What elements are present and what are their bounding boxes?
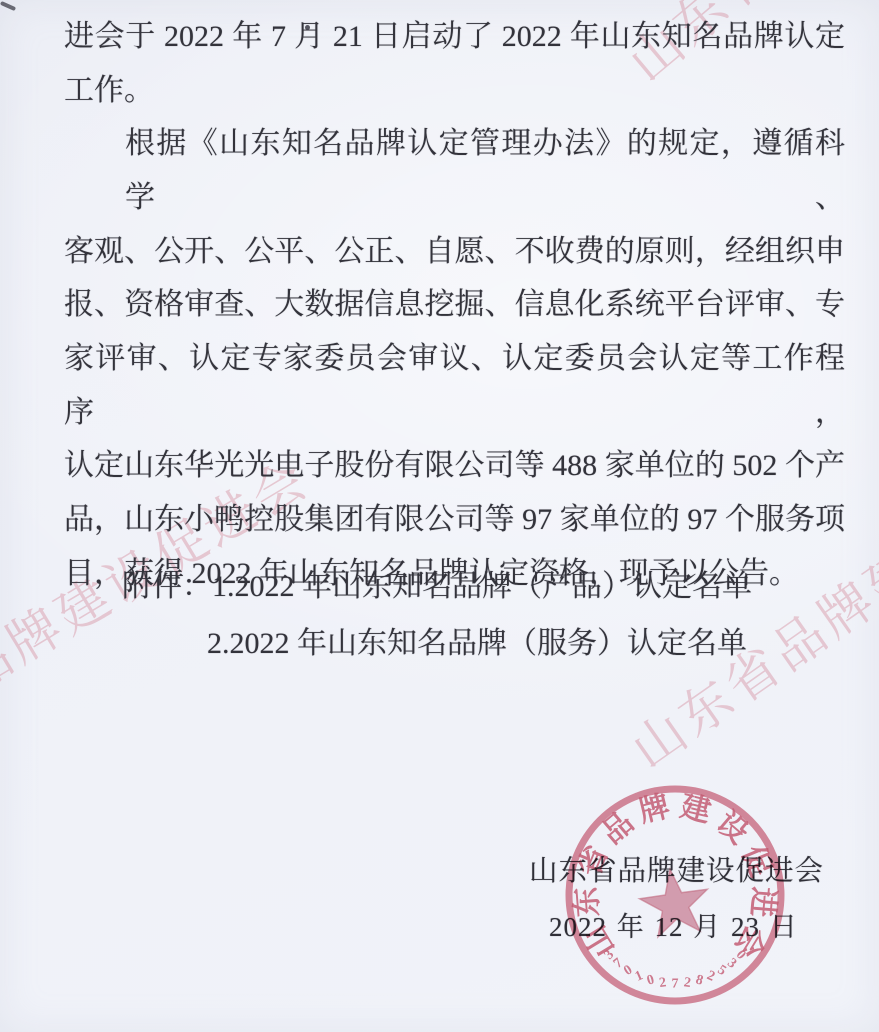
- body-line: 客观、公开、公平、公正、自愿、不收费的原则，经组织申: [64, 225, 845, 279]
- svg-text:8: 8: [694, 972, 705, 988]
- svg-text:1: 1: [633, 968, 645, 985]
- svg-text:2: 2: [658, 975, 667, 991]
- document-page: 山东省品牌建设促进会 山东省品牌建设促进会 山东省品牌建设促进会 进会于 202…: [0, 0, 879, 1032]
- svg-text:进: 进: [745, 886, 780, 918]
- document-body: 进会于 2022 年 7 月 21 日启动了 2022 年山东知名品牌认定工作。…: [64, 10, 845, 600]
- attachment-line-1: 附件：1.2022 年山东知名品牌（产品）认定名单: [122, 561, 752, 605]
- body-line: 家评审、认定专家委员会审议、认定委员会认定等工作程序，: [64, 332, 845, 439]
- body-line: 报、资格审查、大数据信息挖掘、信息化系统平台评审、专: [64, 278, 845, 332]
- body-line: 进会于 2022 年 7 月 21 日启动了 2022 年山东知名品牌认定: [64, 10, 845, 64]
- scan-speck-corner: [0, 1, 16, 11]
- svg-text:建: 建: [677, 790, 714, 829]
- official-seal: 山东省品牌建设促进会 3701027282530: [555, 775, 795, 1015]
- svg-text:设: 设: [710, 806, 754, 851]
- seal-star-icon: [636, 865, 713, 939]
- attachment-line-2: 2.2022 年山东知名品牌（服务）认定名单: [207, 618, 747, 662]
- svg-text:品: 品: [596, 806, 640, 851]
- svg-text:2: 2: [683, 975, 692, 991]
- svg-text:2: 2: [705, 968, 717, 985]
- body-line: 工作。: [64, 64, 845, 118]
- body-line: 品，山东小鸭控股集团有限公司等 97 家单位的 97 个服务项: [64, 493, 845, 547]
- body-line: 根据《山东知名品牌认定管理办法》的规定，遵循科学、: [64, 117, 845, 224]
- body-line: 认定山东华光光电子股份有限公司等 488 家单位的 502 个产: [64, 439, 845, 493]
- svg-text:0: 0: [645, 972, 656, 988]
- svg-text:牌: 牌: [636, 790, 673, 829]
- svg-text:7: 7: [672, 977, 679, 992]
- svg-text:东: 东: [570, 886, 605, 918]
